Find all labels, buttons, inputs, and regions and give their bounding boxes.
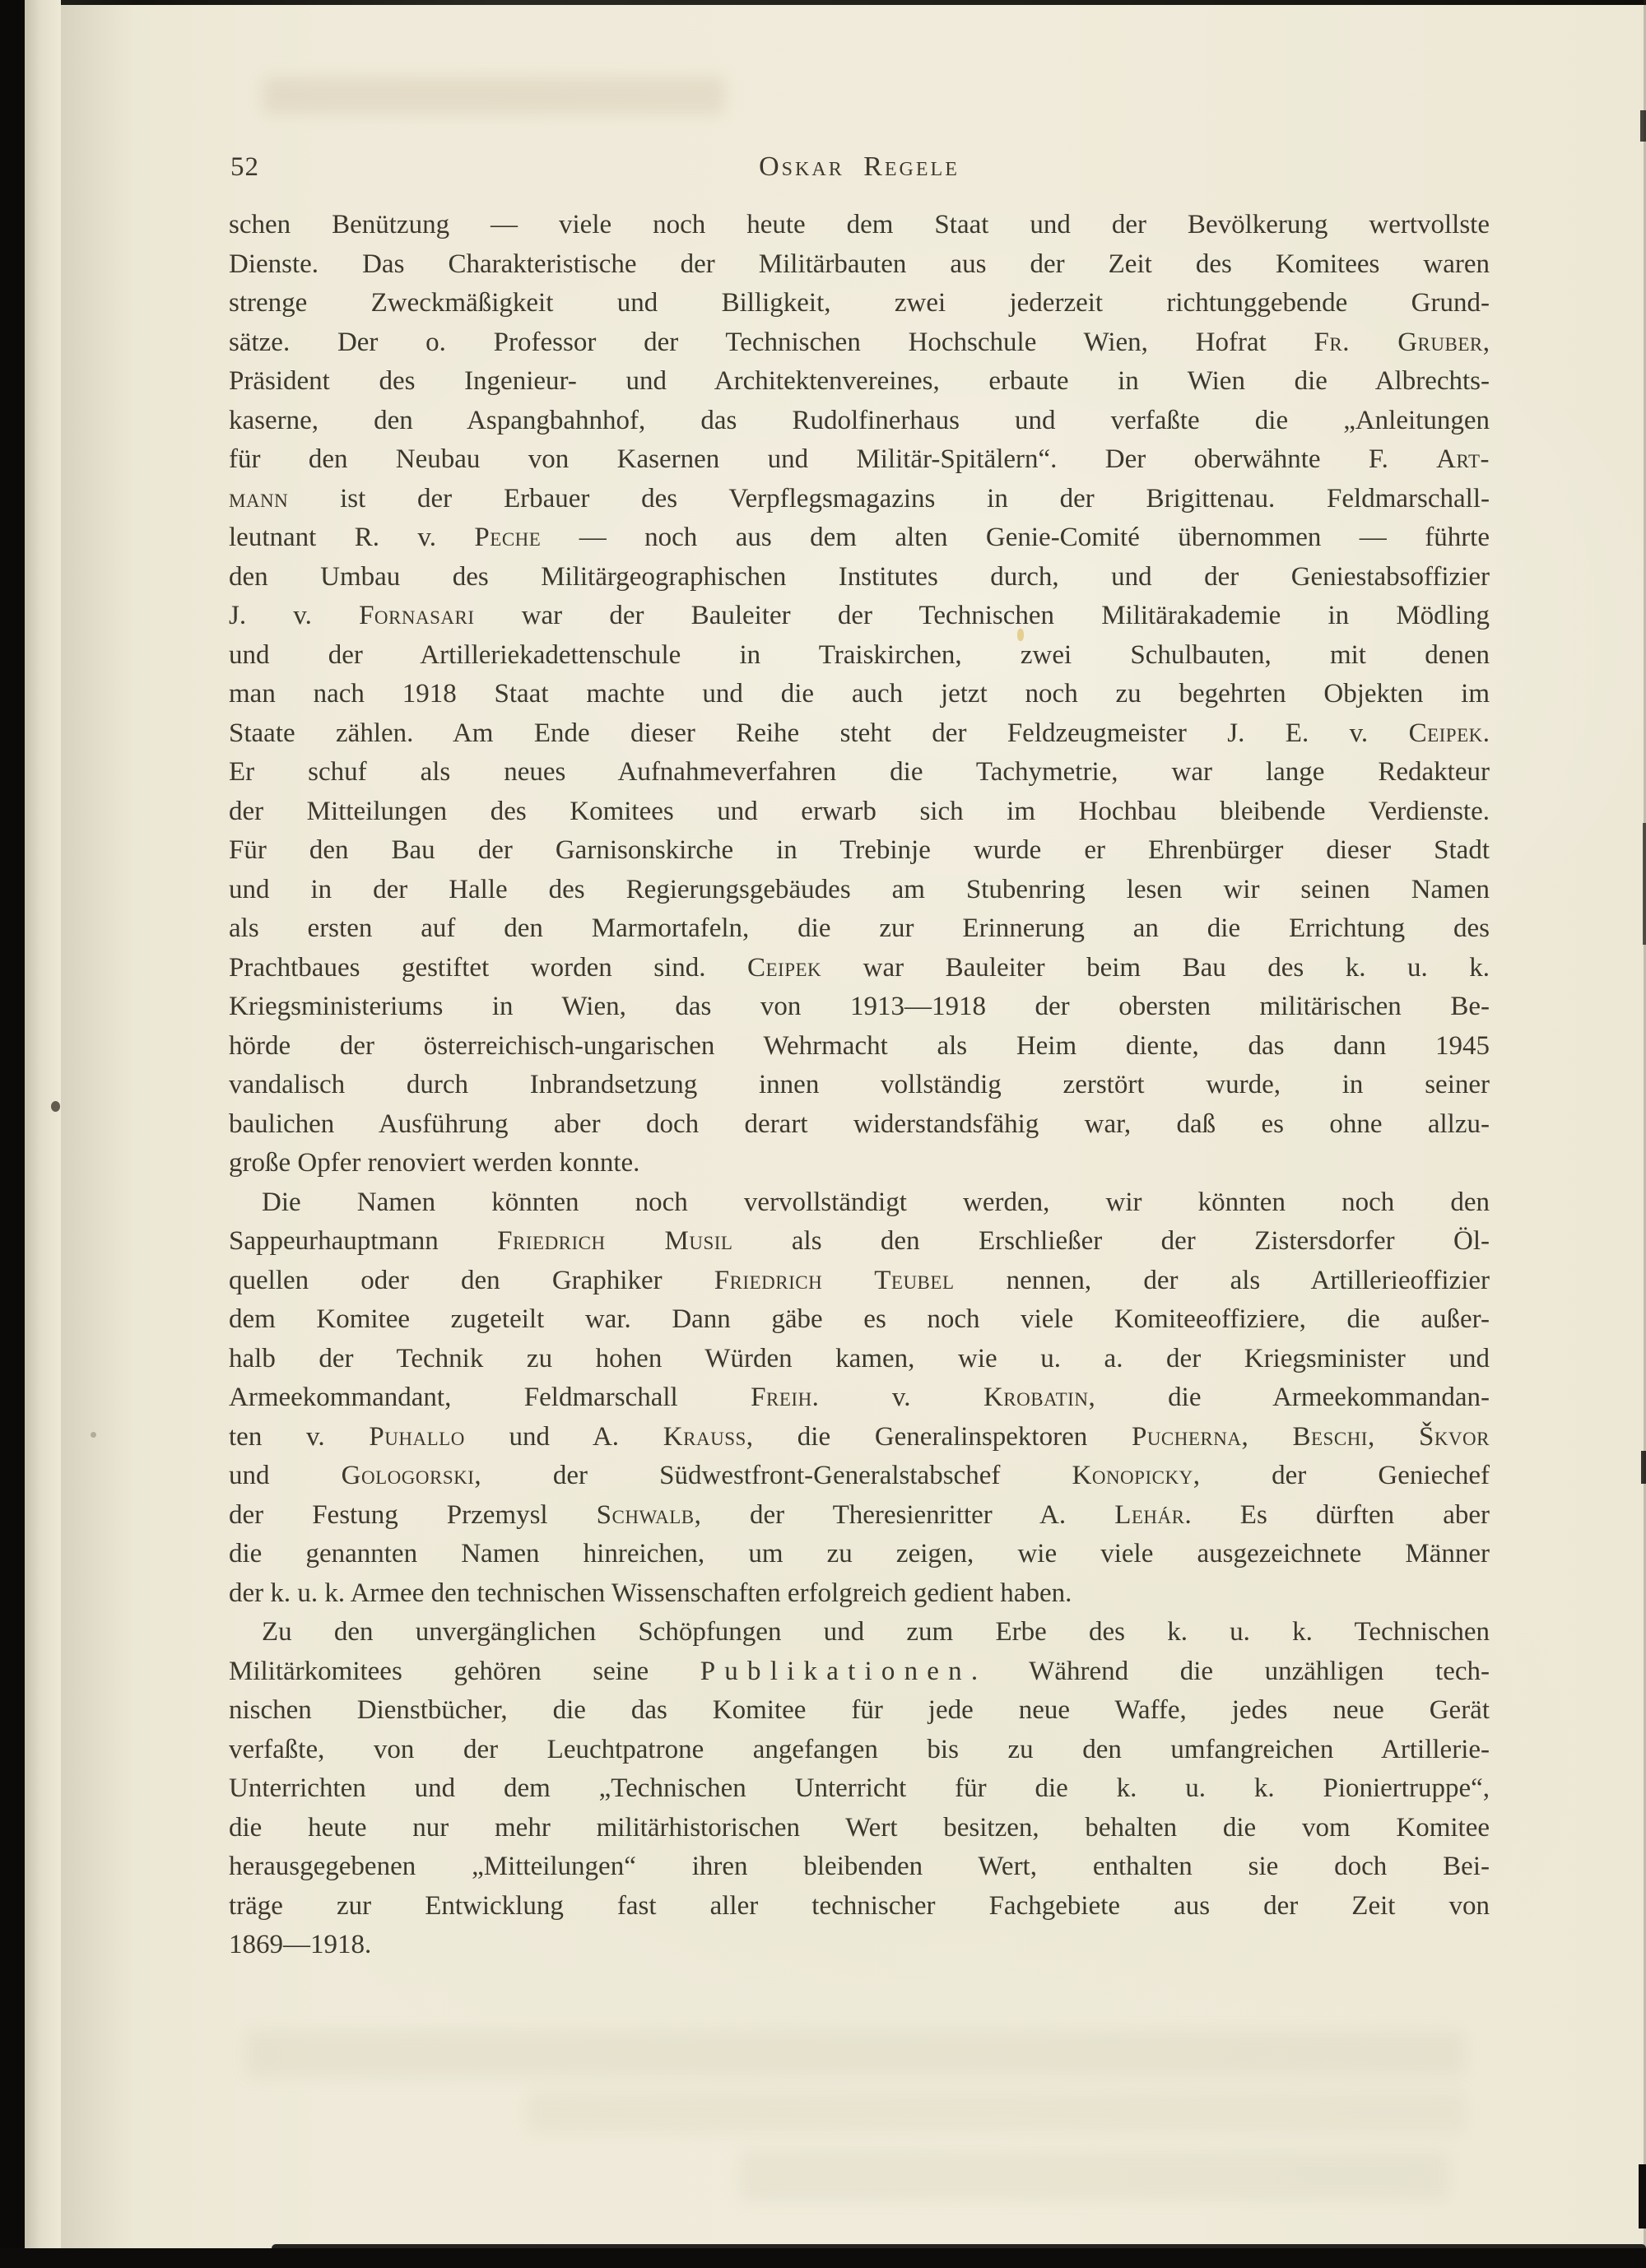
text-run: als den Erschließer der Zistersdorfer Öl… xyxy=(732,1226,1490,1256)
paragraph: schen Benützung — viele noch heute dem S… xyxy=(229,206,1490,1183)
text-run: und der Artilleriekadettenschule in Trai… xyxy=(229,640,1490,670)
scanned-book-page: 52 Oskar Regele schen Benützung — viele … xyxy=(0,0,1646,2268)
text-run: die genannten Namen hinreichen, um zu ze… xyxy=(229,1539,1490,1569)
text-line: verfaßte, von der Leuchtpatrone angefang… xyxy=(229,1731,1490,1770)
text-line: als ersten auf den Marmortafeln, die zur… xyxy=(229,909,1490,949)
text-line: Staate zählen. Am Ende dieser Reihe steh… xyxy=(229,714,1490,754)
text-line: hörde der österreichisch-ungarischen Weh… xyxy=(229,1027,1490,1067)
text-line: strenge Zweckmäßigkeit und Billigkeit, z… xyxy=(229,284,1490,323)
text-run: als ersten auf den Marmortafeln, die zur… xyxy=(229,913,1490,943)
book-binding-left xyxy=(0,0,25,2268)
text-line: Für den Bau der Garnisonskirche in Trebi… xyxy=(229,831,1490,871)
text-run: . Während die unzähligen tech- xyxy=(971,1657,1490,1686)
small-caps-name: Konopicky xyxy=(1072,1461,1193,1490)
text-run: , xyxy=(1483,328,1490,357)
text-run: man nach 1918 Staat machte und die auch … xyxy=(229,679,1490,709)
text-run: der Mitteilungen des Komitees und erwarb… xyxy=(229,797,1490,826)
text-run: 1869—1918. xyxy=(229,1930,371,1959)
text-run: nennen, der als Artillerieoffizier xyxy=(955,1266,1490,1295)
text-run: v. xyxy=(819,1383,983,1412)
text-line: ten v. Puhallo und A. Krauss, die Genera… xyxy=(229,1418,1490,1457)
text-line: sätze. Der o. Professor der Technischen … xyxy=(229,323,1490,363)
text-run: Für den Bau der Garnisonskirche in Trebi… xyxy=(229,835,1490,865)
text-run: , xyxy=(1368,1422,1419,1452)
text-line: Kriegsministeriums in Wien, das von 1913… xyxy=(229,988,1490,1027)
text-run: Dienste. Das Charakteristische der Milit… xyxy=(229,249,1490,279)
text-run: der Festung Przemysl xyxy=(229,1500,597,1530)
text-line: 1869—1918. xyxy=(229,1926,1490,1965)
text-run: die heute nur mehr militärhistorischen W… xyxy=(229,1813,1490,1843)
text-run: Die Namen könnten noch vervollständigt w… xyxy=(262,1187,1490,1217)
text-line: man nach 1918 Staat machte und die auch … xyxy=(229,675,1490,714)
text-run: und in der Halle des Regierungsgebäudes … xyxy=(229,875,1490,904)
small-caps-name: Ceipek xyxy=(1409,718,1483,748)
small-caps-name: Friedrich Musil xyxy=(497,1226,732,1256)
text-run: der k. u. k. Armee den technischen Wisse… xyxy=(229,1578,1072,1608)
text-line: träge zur Entwicklung fast aller technis… xyxy=(229,1887,1490,1926)
small-caps-name: Lehár xyxy=(1114,1500,1184,1530)
text-run: Zu den unvergänglichen Schöpfungen und z… xyxy=(262,1617,1490,1647)
text-run: quellen oder den Graphiker xyxy=(229,1266,714,1295)
text-run: und xyxy=(229,1461,342,1490)
text-run: J. v. xyxy=(229,601,359,630)
text-run: für den Neubau von Kasernen und Militär-… xyxy=(229,444,1436,474)
text-run: . xyxy=(1483,718,1490,748)
text-line: und in der Halle des Regierungsgebäudes … xyxy=(229,871,1490,910)
text-line: Die Namen könnten noch vervollständigt w… xyxy=(229,1183,1490,1223)
text-line: den Umbau des Militärgeographischen Inst… xyxy=(229,558,1490,597)
text-run: dem Komitee zugeteilt war. Dann gäbe es … xyxy=(229,1304,1490,1334)
text-run: ten v. xyxy=(229,1422,369,1452)
text-line: der Mitteilungen des Komitees und erwarb… xyxy=(229,792,1490,832)
text-run: vandalisch durch Inbrandsetzung innen vo… xyxy=(229,1070,1490,1099)
text-run: und A. xyxy=(465,1422,663,1452)
text-run: Präsident des Ingenieur- und Architekten… xyxy=(229,366,1490,396)
text-run: war der Bauleiter der Technischen Militä… xyxy=(475,601,1490,630)
text-run: nischen Dienstbücher, die das Komitee fü… xyxy=(229,1695,1490,1725)
small-caps-name: Puhallo xyxy=(369,1422,464,1452)
small-caps-name: Škvor xyxy=(1419,1422,1490,1452)
small-caps-name: Pucherna xyxy=(1132,1422,1242,1452)
text-run: Militärkomitees gehören seine xyxy=(229,1657,700,1686)
text-line: die genannten Namen hinreichen, um zu ze… xyxy=(229,1535,1490,1574)
text-run: . Es dürften aber xyxy=(1184,1500,1490,1530)
text-line: nischen Dienstbücher, die das Komitee fü… xyxy=(229,1691,1490,1731)
text-line: halb der Technik zu hohen Würden kamen, … xyxy=(229,1340,1490,1379)
ink-speck xyxy=(91,1432,96,1438)
small-caps-name: Art- xyxy=(1436,444,1490,474)
text-line: schen Benützung — viele noch heute dem S… xyxy=(229,206,1490,245)
small-caps-name: Ceipek xyxy=(747,953,821,983)
letterspaced-term: Publikationen xyxy=(700,1657,971,1686)
page-body: schen Benützung — viele noch heute dem S… xyxy=(229,206,1490,1965)
page-edge-mark xyxy=(1643,823,1646,945)
text-run: — noch aus dem alten Genie-Comité überno… xyxy=(541,523,1490,552)
text-line: J. v. Fornasari war der Bauleiter der Te… xyxy=(229,597,1490,636)
text-run: , die Armeekommandan- xyxy=(1088,1383,1490,1412)
text-run: hörde der österreichisch-ungarischen Weh… xyxy=(229,1031,1490,1061)
text-run: , xyxy=(1242,1422,1293,1452)
text-run: , der Geniechef xyxy=(1193,1461,1490,1490)
ink-bleed-ghost xyxy=(527,2092,1465,2133)
small-caps-name: Fornasari xyxy=(359,601,474,630)
text-line: baulichen Ausführung aber doch derart wi… xyxy=(229,1105,1490,1145)
text-run: Armeekommandant, Feldmarschall xyxy=(229,1383,751,1412)
ink-bleed-ghost xyxy=(741,2152,1448,2200)
text-run: schen Benützung — viele noch heute dem S… xyxy=(229,210,1490,239)
text-run: baulichen Ausführung aber doch derart wi… xyxy=(229,1109,1490,1139)
page-edge-left xyxy=(25,0,61,2268)
text-line: die heute nur mehr militärhistorischen W… xyxy=(229,1809,1490,1848)
text-line: mann ist der Erbauer des Verpflegsmagazi… xyxy=(229,480,1490,519)
small-caps-name: Gologorski xyxy=(342,1461,475,1490)
small-caps-name: Freih. xyxy=(751,1383,819,1412)
text-run: Staate zählen. Am Ende dieser Reihe steh… xyxy=(229,718,1409,748)
text-run: war Bauleiter beim Bau des k. u. k. xyxy=(821,953,1490,983)
text-line: der k. u. k. Armee den technischen Wisse… xyxy=(229,1574,1490,1614)
page-header: 52 Oskar Regele xyxy=(229,151,1490,184)
text-run: halb der Technik zu hohen Würden kamen, … xyxy=(229,1344,1490,1373)
text-line: Armeekommandant, Feldmarschall Freih. v.… xyxy=(229,1378,1490,1418)
gutter-shadow xyxy=(61,0,135,2268)
page-edge-mark xyxy=(1640,110,1646,142)
type-area: 52 Oskar Regele schen Benützung — viele … xyxy=(229,151,1490,1965)
text-line: und Gologorski, der Südwestfront-General… xyxy=(229,1457,1490,1496)
text-line: vandalisch durch Inbrandsetzung innen vo… xyxy=(229,1066,1490,1105)
text-run: sätze. Der o. Professor der Technischen … xyxy=(229,328,1314,357)
small-caps-name: Peche xyxy=(474,523,541,552)
paragraph: Die Namen könnten noch vervollständigt w… xyxy=(229,1183,1490,1614)
text-line: Unterrichten und dem „Technischen Unterr… xyxy=(229,1769,1490,1809)
text-line: quellen oder den Graphiker Friedrich Teu… xyxy=(229,1262,1490,1301)
text-run: , die Generalinspektoren xyxy=(746,1422,1132,1452)
text-line: dem Komitee zugeteilt war. Dann gäbe es … xyxy=(229,1300,1490,1340)
text-line: Prachtbaues gestiftet worden sind. Ceipe… xyxy=(229,949,1490,988)
text-run: kaserne, den Aspangbahnhof, das Rudolfin… xyxy=(229,406,1490,435)
page-edge-mark xyxy=(1639,2164,1646,2228)
text-line: große Opfer renoviert werden konnte. xyxy=(229,1144,1490,1183)
text-run: Prachtbaues gestiftet worden sind. xyxy=(229,953,747,983)
small-caps-name: Schwalb xyxy=(597,1500,695,1530)
text-line: der Festung Przemysl Schwalb, der Theres… xyxy=(229,1496,1490,1536)
paragraph: Zu den unvergänglichen Schöpfungen und z… xyxy=(229,1613,1490,1965)
text-line: Präsident des Ingenieur- und Architekten… xyxy=(229,362,1490,402)
small-caps-name: mann xyxy=(229,484,288,514)
text-run: , der Theresienritter A. xyxy=(695,1500,1115,1530)
scan-edge-top xyxy=(0,0,1646,5)
small-caps-name: Beschi xyxy=(1293,1422,1368,1452)
running-head: Oskar Regele xyxy=(229,151,1490,183)
text-run: leutnant R. v. xyxy=(229,523,474,552)
text-run: den Umbau des Militärgeographischen Inst… xyxy=(229,562,1490,592)
page-edge-mark xyxy=(1641,1451,1646,1484)
text-run: herausgegebenen „Mitteilungen“ ihren ble… xyxy=(229,1852,1490,1881)
small-caps-name: Fr. Gruber xyxy=(1314,328,1483,357)
text-run: Sappeurhauptmann xyxy=(229,1226,497,1256)
scan-edge-bottom xyxy=(0,2248,1646,2268)
ink-speck xyxy=(51,1101,60,1112)
text-run: verfaßte, von der Leuchtpatrone angefang… xyxy=(229,1735,1490,1764)
text-run: träge zur Entwicklung fast aller technis… xyxy=(229,1891,1490,1921)
text-run: strenge Zweckmäßigkeit und Billigkeit, z… xyxy=(229,288,1490,318)
text-line: Sappeurhauptmann Friedrich Musil als den… xyxy=(229,1222,1490,1262)
text-line: leutnant R. v. Peche — noch aus dem alte… xyxy=(229,518,1490,558)
text-run: , der Südwestfront-Generalstabschef xyxy=(474,1461,1072,1490)
ink-bleed-ghost xyxy=(247,2031,1465,2077)
text-run: Kriegsministeriums in Wien, das von 1913… xyxy=(229,992,1490,1021)
ink-bleed-ghost xyxy=(263,77,724,114)
text-line: Er schuf als neues Aufnahmeverfahren die… xyxy=(229,753,1490,792)
text-line: und der Artilleriekadettenschule in Trai… xyxy=(229,636,1490,676)
text-run: große Opfer renoviert werden konnte. xyxy=(229,1148,639,1178)
text-run: ist der Erbauer des Verpflegsmagazins in… xyxy=(288,484,1490,514)
text-line: für den Neubau von Kasernen und Militär-… xyxy=(229,440,1490,480)
text-run: Er schuf als neues Aufnahmeverfahren die… xyxy=(229,757,1490,787)
small-caps-name: Friedrich Teubel xyxy=(714,1266,955,1295)
text-line: herausgegebenen „Mitteilungen“ ihren ble… xyxy=(229,1847,1490,1887)
text-line: kaserne, den Aspangbahnhof, das Rudolfin… xyxy=(229,402,1490,441)
text-line: Dienste. Das Charakteristische der Milit… xyxy=(229,245,1490,285)
small-caps-name: Krauss xyxy=(663,1422,746,1452)
text-run: Unterrichten und dem „Technischen Unterr… xyxy=(229,1773,1490,1803)
small-caps-name: Krobatin xyxy=(983,1383,1089,1412)
text-line: Zu den unvergänglichen Schöpfungen und z… xyxy=(229,1613,1490,1652)
text-line: Militärkomitees gehören seine Publikatio… xyxy=(229,1652,1490,1692)
page-number: 52 xyxy=(230,152,259,183)
